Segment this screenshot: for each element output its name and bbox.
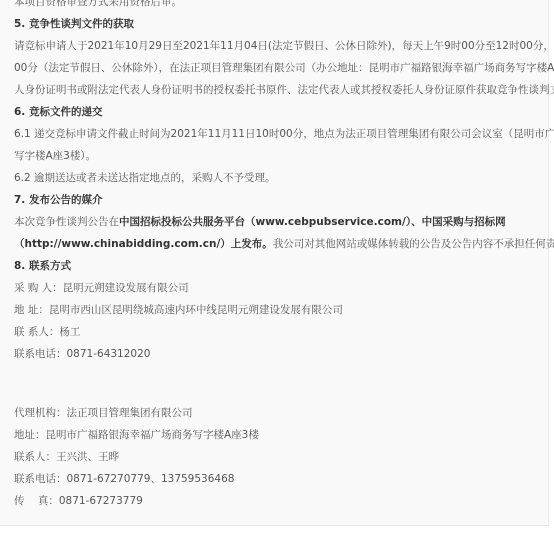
media-platforms-link[interactable]: 中国招标投标公共服务平台（www.cebpubservice.com/）、中国采…	[119, 216, 506, 228]
section-6-item-1-line-2: 写字楼A座3楼）。	[14, 145, 539, 167]
section-5-line-3: 人身份证明书或附法定代表人身份证明书的授权委托书原件、法定代表人或其授权委托人身…	[14, 79, 539, 101]
agency-address: 地址：昆明市广福路银海幸福广场商务写字楼A座3楼	[14, 424, 539, 446]
section-6-heading: 6. 竞标文件的递交	[14, 101, 539, 123]
purchaser-contact: 联 系人：杨工	[14, 321, 539, 343]
agency-contact: 联系人：王兴洪、王晔	[14, 446, 539, 468]
section-5-line-2: 00分（法定节假日、公休除外），在法正项目管理集团有限公司（办公地址：昆明市广福…	[14, 57, 539, 79]
purchaser-phone: 联系电话：0871-64312020	[14, 343, 539, 365]
purchaser-address: 地 址：昆明市西山区昆明绕城高速内环中线昆明元朔建设发展有限公司	[14, 299, 539, 321]
document-content: 本项目资格审查方式采用资格后审。 5. 竞争性谈判文件的获取 请竞标申请人于20…	[14, 0, 539, 512]
section-7-line-1: 本次竞争性谈判公告在中国招标投标公共服务平台（www.cebpubservice…	[14, 211, 539, 233]
section-7-prefix: 本次竞争性谈判公告在	[14, 216, 119, 228]
spacer	[14, 387, 539, 402]
agency-phone: 联系电话：0871-67270779、13759536468	[14, 468, 539, 490]
section-7-line-2: （http://www.chinabidding.com.cn/）上发布。我公司…	[14, 233, 539, 255]
spacer	[14, 365, 539, 387]
section-5-line-1: 请竞标申请人于2021年10月29日至2021年11月04日(法定节假日、公休日…	[14, 35, 539, 57]
section-8-heading: 8. 联系方式	[14, 255, 539, 277]
section-7-heading: 7. 发布公告的媒介	[14, 189, 539, 211]
agency-name: 代理机构：法正项目管理集团有限公司	[14, 402, 539, 424]
section-6-item-2: 6.2 逾期送达或者未送达指定地点的，采购人不予受理。	[14, 167, 539, 189]
section-5-heading: 5. 竞争性谈判文件的获取	[14, 13, 539, 35]
section-7-disclaimer: 我公司对其他网站或媒体转载的公告及公告内容不承担任何责任。	[273, 238, 554, 250]
purchaser-name: 采 购 人：昆明元朔建设发展有限公司	[14, 277, 539, 299]
agency-fax: 传 真：0871-67273779	[14, 490, 539, 512]
intro-text: 本项目资格审查方式采用资格后审。	[14, 0, 539, 13]
chinabidding-link[interactable]: （http://www.chinabidding.com.cn/）上发布。	[14, 238, 273, 250]
section-6-item-1-line-1: 6.1 递交竞标申请文件截止时间为2021年11月11日10时00分，地点为法正…	[14, 123, 539, 145]
